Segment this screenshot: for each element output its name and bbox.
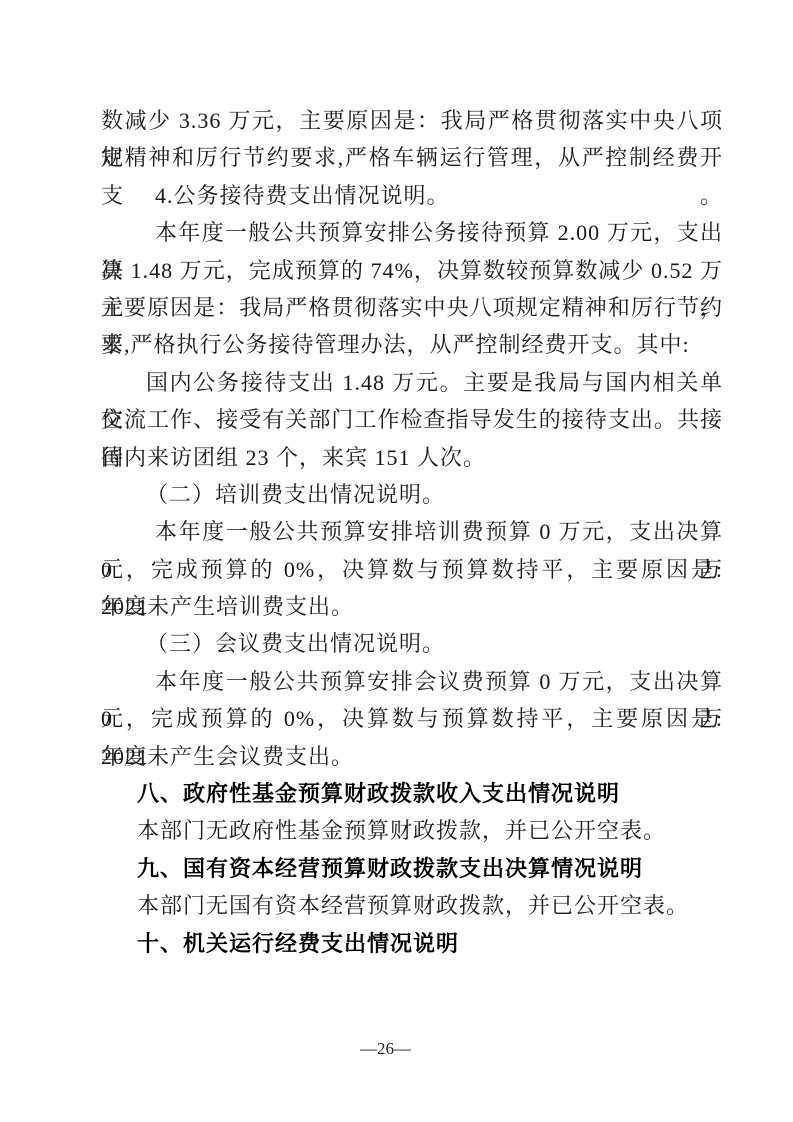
- subheading-line: （二）培训费支出情况说明。: [101, 476, 723, 513]
- body-line: 国内来访团组 23 个，来宾 151 人次。: [101, 439, 723, 476]
- body-line: 数减少 3.36 万元，主要原因是：我局严格贯彻落实中央八项规: [101, 102, 723, 139]
- body-line: 算 1.48 万元，完成预算的 74%，决算数较预算数减少 0.52 万元，: [101, 252, 723, 289]
- section-heading: 九、国有资本经营预算财政拨款支出决算情况说明: [101, 850, 723, 887]
- body-line: 国内公务接待支出 1.48 万元。主要是我局与国内相关单位: [101, 364, 723, 401]
- body-line: 本年度一般公共预算安排培训费预算 0 万元，支出决算 0 万: [101, 513, 723, 550]
- body-line: 年度未产生会议费支出。: [101, 738, 723, 775]
- body-line: 年度未产生培训费支出。: [101, 588, 723, 625]
- body-line: 求,严格执行公务接待管理办法，从严控制经费开支。其中:: [101, 326, 723, 363]
- body-line: 定精神和厉行节约要求,严格车辆运行管理，从严控制经费开支。: [101, 139, 723, 176]
- body-line: 元，完成预算的 0%，决算数与预算数持平，主要原因是: 2021: [101, 551, 723, 588]
- body-line: 本部门无政府性基金预算财政拨款，并已公开空表。: [101, 812, 723, 849]
- body-line: 主要原因是：我局严格贯彻落实中央八项规定精神和厉行节约要: [101, 289, 723, 326]
- body-line: 本年度一般公共预算安排会议费预算 0 万元，支出决算 0 万: [101, 663, 723, 700]
- body-line: 元，完成预算的 0%，决算数与预算数持平，主要原因是: 2021: [101, 700, 723, 737]
- page-footer: —26—: [0, 1038, 793, 1060]
- body-line: 交流工作、接受有关部门工作检查指导发生的接待支出。共接待: [101, 401, 723, 438]
- body-line: 本年度一般公共预算安排公务接待预算 2.00 万元，支出决: [101, 214, 723, 251]
- subheading-line: （三）会议费支出情况说明。: [101, 625, 723, 662]
- section-heading: 十、机关运行经费支出情况说明: [101, 925, 723, 962]
- document-page: 数减少 3.36 万元，主要原因是：我局严格贯彻落实中央八项规 定精神和厉行节约…: [0, 0, 793, 1122]
- document-body: 数减少 3.36 万元，主要原因是：我局严格贯彻落实中央八项规 定精神和厉行节约…: [101, 102, 723, 962]
- page-number: —26—: [360, 1039, 411, 1058]
- body-line: 本部门无国有资本经营预算财政拨款，并已公开空表。: [101, 887, 723, 924]
- section-heading: 八、政府性基金预算财政拨款收入支出情况说明: [101, 775, 723, 812]
